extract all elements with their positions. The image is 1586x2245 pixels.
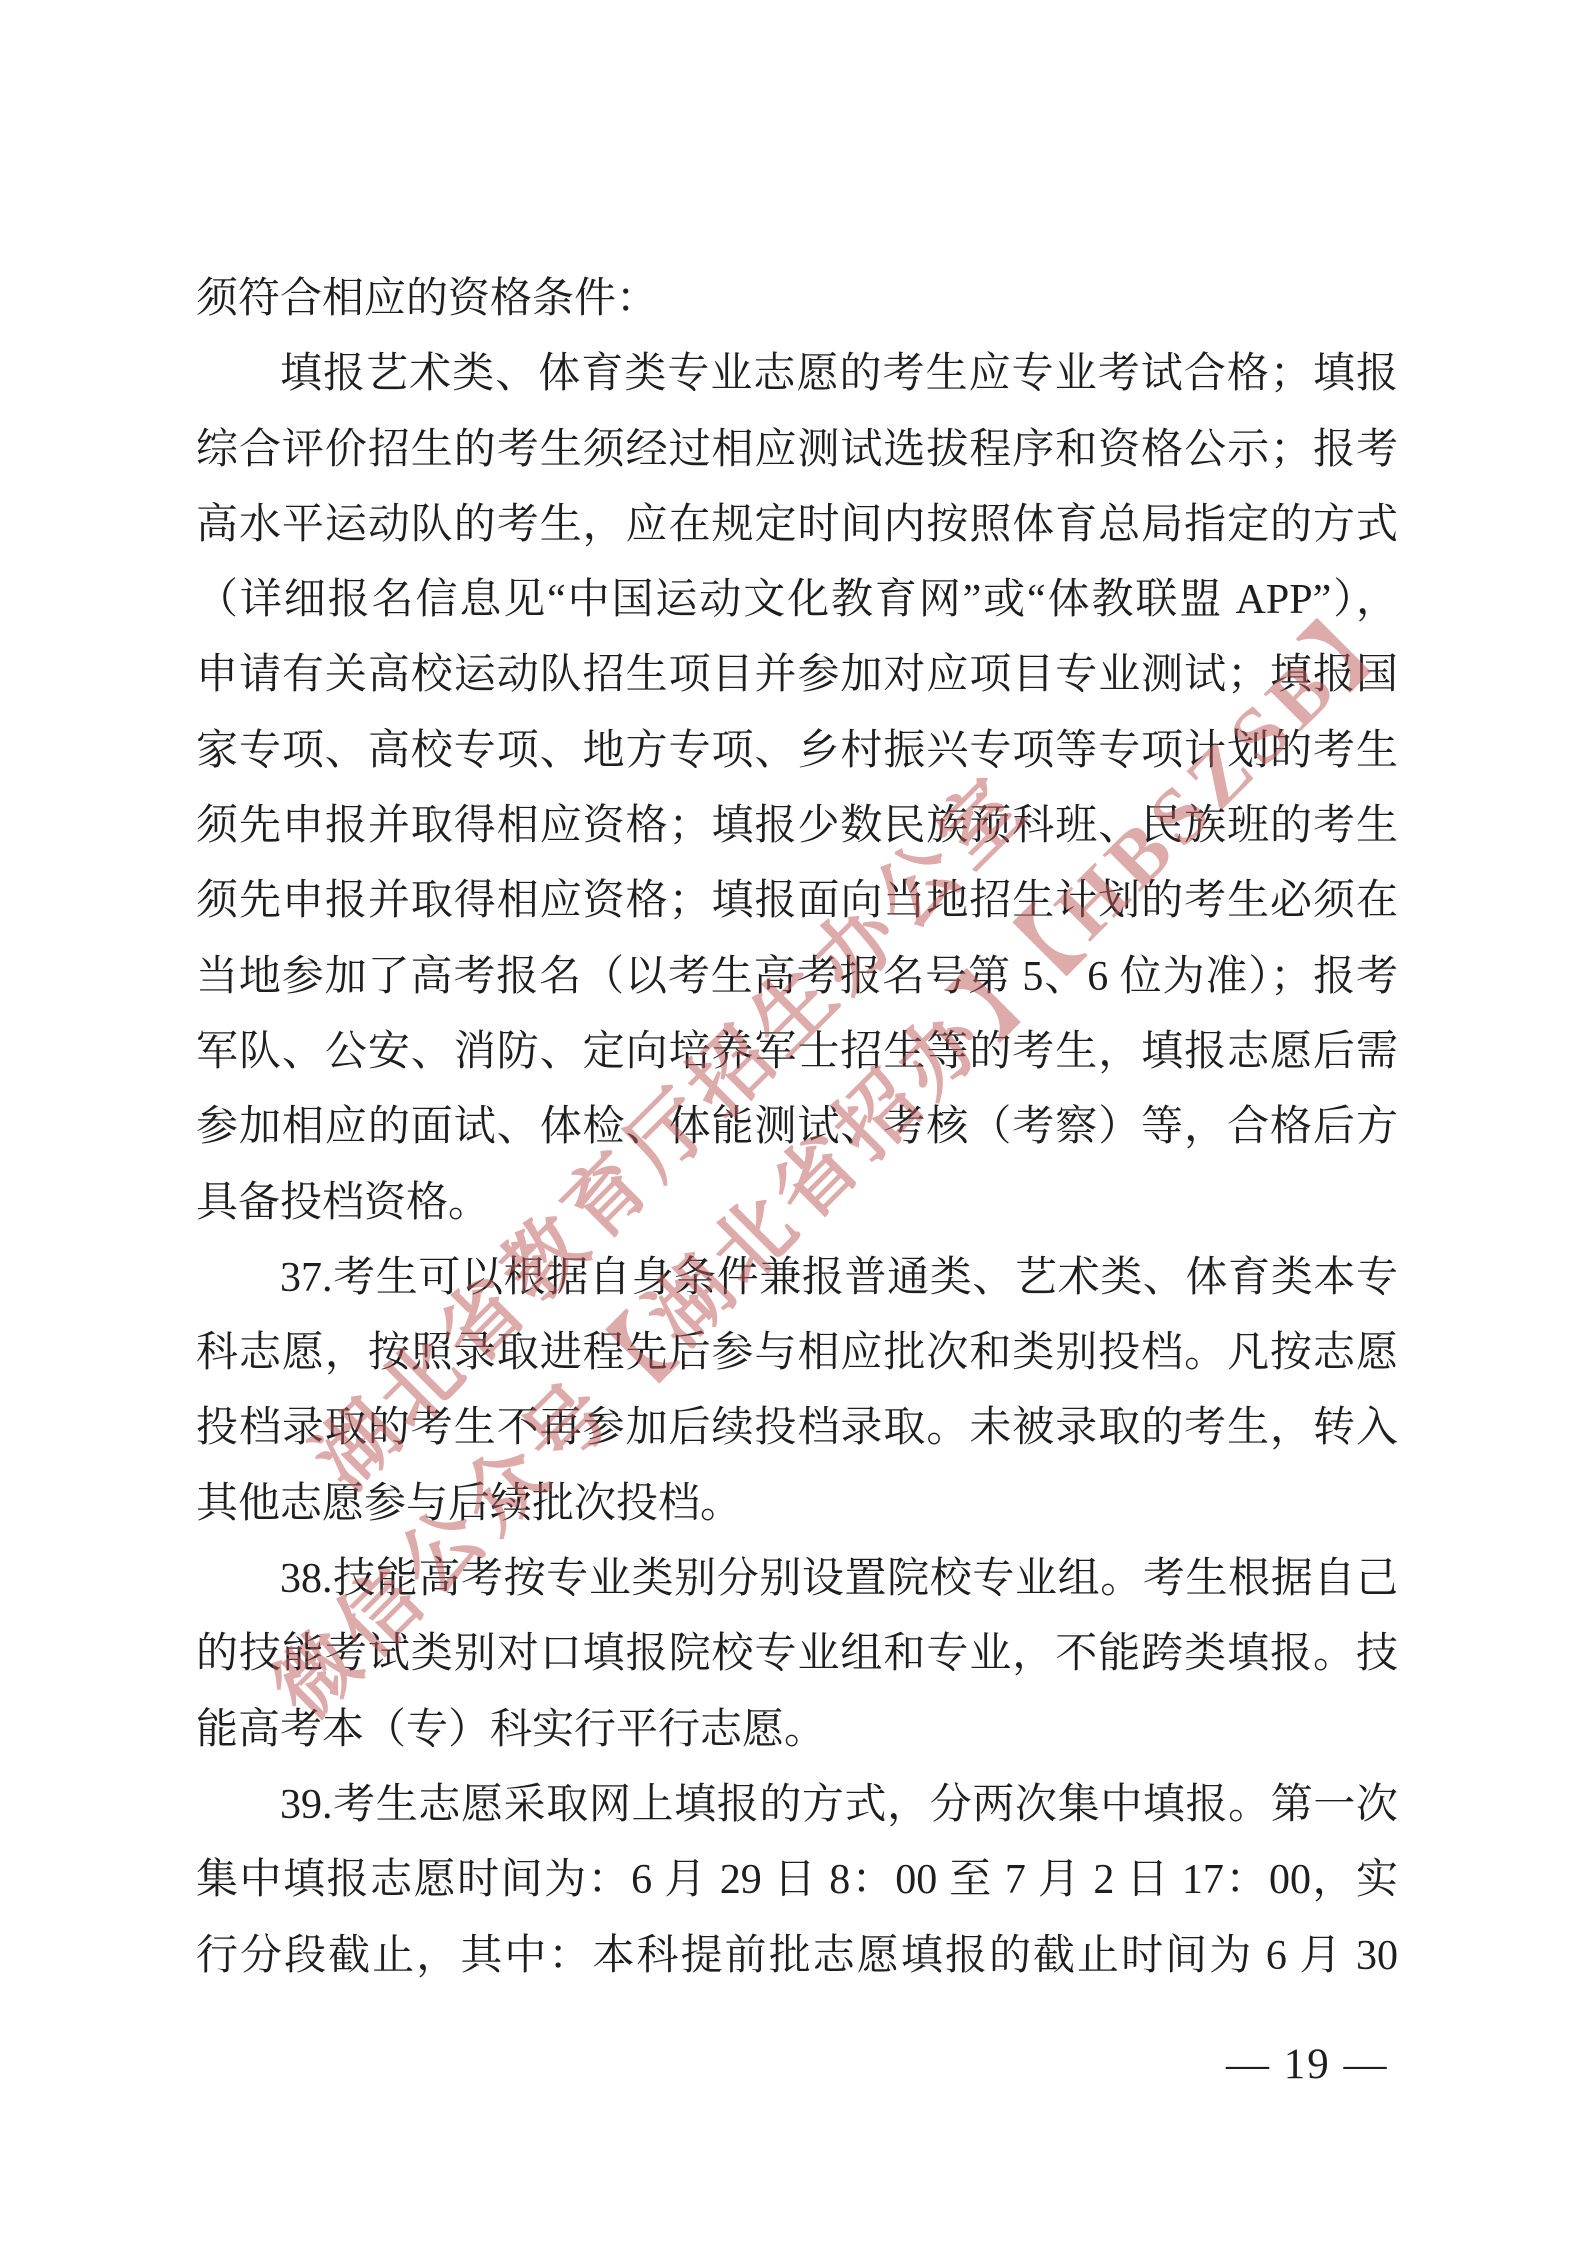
text-line: 具备投档资格。: [196, 1166, 1398, 1241]
text-line: 的技能考试类别对口填报院校专业组和专业，不能跨类填报。技: [196, 1617, 1398, 1692]
text-line: 参加相应的面试、体检、体能测试、考核（考察）等，合格后方: [196, 1090, 1398, 1165]
text-line: 集中填报志愿时间为：6 月 29 日 8：00 至 7 月 2 日 17：00，…: [196, 1843, 1398, 1918]
text-line: 须先申报并取得相应资格；填报面向当地招生计划的考生必须在: [196, 864, 1398, 939]
text-line: 能高考本（专）科实行平行志愿。: [196, 1693, 1398, 1768]
text-line: 综合评价招生的考生须经过相应测试选拔程序和资格公示；报考: [196, 413, 1398, 488]
text-line: 其他志愿参与后续批次投档。: [196, 1467, 1398, 1542]
text-line: 家专项、高校专项、地方专项、乡村振兴专项等专项计划的考生: [196, 714, 1398, 789]
document-page: 须符合相应的资格条件：填报艺术类、体育类专业志愿的考生应专业考试合格；填报综合评…: [0, 0, 1586, 2245]
text-line: 行分段截止，其中：本科提前批志愿填报的截止时间为 6 月 30: [196, 1919, 1398, 1994]
text-line: 申请有关高校运动队招生项目并参加对应项目专业测试；填报国: [196, 638, 1398, 713]
text-line: 须先申报并取得相应资格；填报少数民族预科班、民族班的考生: [196, 789, 1398, 864]
text-line: 投档录取的考生不再参加后续投档录取。未被录取的考生，转入: [196, 1391, 1398, 1466]
text-line: 38.技能高考按专业类别分别设置院校专业组。考生根据自己: [196, 1542, 1398, 1617]
text-line: 军队、公安、消防、定向培养军士招生等的考生，填报志愿后需: [196, 1015, 1398, 1090]
page-number: — 19 —: [1226, 2040, 1389, 2089]
text-line: （详细报名信息见“中国运动文化教育网”或“体教联盟 APP”），: [196, 563, 1398, 638]
text-line: 须符合相应的资格条件：: [196, 262, 1398, 337]
text-line: 填报艺术类、体育类专业志愿的考生应专业考试合格；填报: [196, 337, 1398, 412]
text-line: 39.考生志愿采取网上填报的方式，分两次集中填报。第一次: [196, 1768, 1398, 1843]
text-line: 科志愿，按照录取进程先后参与相应批次和类别投档。凡按志愿: [196, 1316, 1398, 1391]
text-line: 当地参加了高考报名（以考生高考报名号第 5、6 位为准）；报考: [196, 940, 1398, 1015]
text-line: 37.考生可以根据自身条件兼报普通类、艺术类、体育类本专: [196, 1241, 1398, 1316]
text-line: 高水平运动队的考生，应在规定时间内按照体育总局指定的方式: [196, 488, 1398, 563]
document-body: 须符合相应的资格条件：填报艺术类、体育类专业志愿的考生应专业考试合格；填报综合评…: [196, 262, 1398, 1994]
